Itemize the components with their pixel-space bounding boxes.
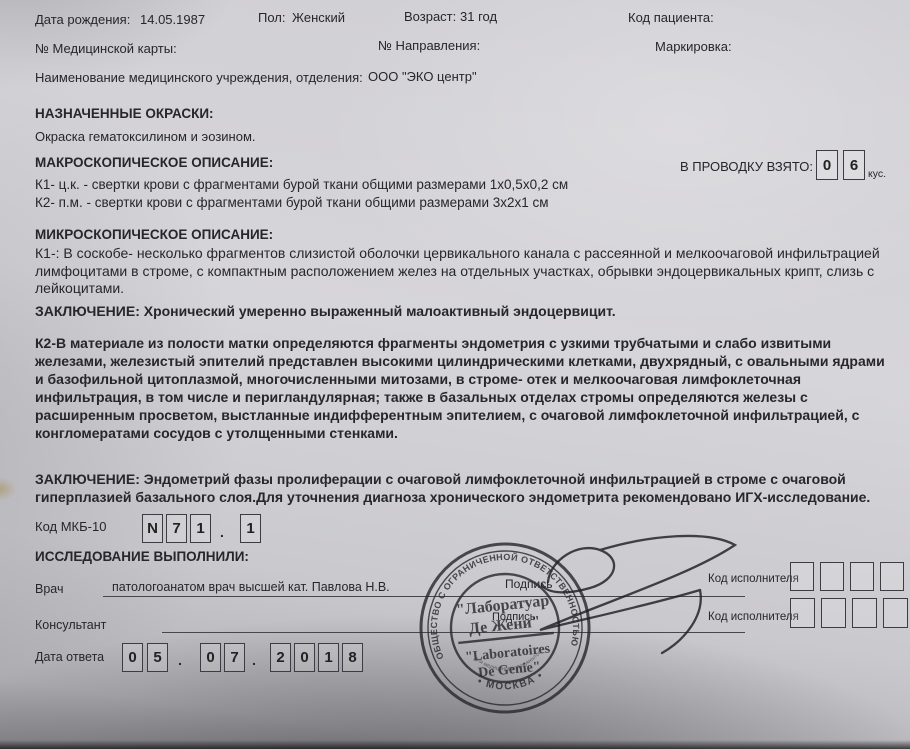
med-card-label: № Медицинской карты: [35, 41, 177, 56]
marking-label: Маркировка: [655, 39, 732, 54]
age-value: 31 год [460, 9, 497, 24]
date-box: 2 [270, 643, 291, 672]
sex-value: Женский [292, 10, 345, 25]
referral-label: № Направления: [378, 38, 480, 53]
executor-code-box [820, 562, 844, 591]
date-separator: . [178, 652, 182, 668]
answer-date-label: Дата ответа [35, 650, 104, 664]
stains-text: Окраска гематоксилином и эозином. [35, 129, 256, 144]
age-label: Возраст: [404, 9, 456, 24]
date-box: 1 [318, 643, 339, 672]
doctor-signature-icon [450, 520, 760, 670]
birth-date-value: 14.05.1987 [140, 12, 205, 27]
birth-date-label: Дата рождения: [35, 12, 130, 27]
executor-code-box [821, 598, 846, 628]
paper-stain [0, 478, 16, 500]
doctor-name-value: патологоанатом врач высшей кат. Павлова … [112, 580, 390, 594]
micro-heading: МИКРОСКОПИЧЕСКОЕ ОПИСАНИЕ: [35, 227, 273, 242]
macro-heading: МАКРОСКОПИЧЕСКОЕ ОПИСАНИЕ: [35, 155, 273, 170]
date-box: 0 [294, 643, 315, 672]
cassette-count-box: 6 [843, 150, 865, 180]
executor-code-box [880, 562, 904, 591]
macro-line-k1: К1- ц.к. - свертки крови с фрагментами б… [35, 177, 568, 192]
date-box: 0 [200, 643, 221, 672]
conclusion-endocervicitis: ЗАКЛЮЧЕНИЕ: Хронический умеренно выражен… [35, 303, 895, 321]
pathology-report-page: Дата рождения: 14.05.1987 Пол: Женский В… [0, 0, 910, 749]
icd10-box: 1 [240, 514, 261, 543]
cassette-count-label: В ПРОВОДКУ ВЗЯТО: [680, 159, 813, 174]
icd10-label: Код МКБ-10 [35, 519, 106, 534]
cassette-unit-label: кус. [868, 168, 886, 180]
date-separator: . [252, 652, 256, 668]
executor-code-box [883, 598, 908, 628]
icd10-separator: . [220, 524, 224, 540]
stains-heading: НАЗНАЧЕННЫЕ ОКРАСКИ: [35, 106, 214, 121]
date-box: 7 [224, 643, 245, 672]
doctor-label: Врач [35, 582, 63, 596]
institution-value: ООО "ЭКО центр" [368, 69, 477, 84]
date-box: 0 [122, 643, 143, 672]
date-box: 8 [342, 643, 363, 672]
icd10-box: N [142, 514, 163, 543]
date-box: 5 [147, 643, 168, 672]
photo-bottom-edge [0, 740, 910, 749]
executor-code-box [790, 598, 815, 628]
icd10-box: 1 [190, 514, 211, 543]
patient-code-label: Код пациента: [628, 10, 714, 25]
executor-code-box [852, 598, 877, 628]
micro-description-k1: К1-: В соскобе- несколько фрагментов сли… [35, 245, 893, 298]
sex-label: Пол: [258, 10, 286, 25]
executor-code-box [790, 562, 814, 591]
icd10-box: 7 [166, 514, 187, 543]
conclusion-endometrium: ЗАКЛЮЧЕНИЕ: Эндометрий фазы пролиферации… [35, 471, 900, 506]
cassette-count-box: 0 [816, 150, 838, 180]
consultant-label: Консультант [35, 618, 106, 632]
macro-line-k2: К2- п.м. - свертки крови с фрагментами б… [35, 195, 549, 210]
institution-label: Наименование медицинского учреждения, от… [35, 70, 363, 85]
executor-code-box [850, 562, 874, 591]
performed-heading: ИССЛЕДОВАНИЕ ВЫПОЛНИЛИ: [35, 549, 249, 564]
micro-description-k2: К2-В материале из полости матки определя… [35, 334, 897, 442]
